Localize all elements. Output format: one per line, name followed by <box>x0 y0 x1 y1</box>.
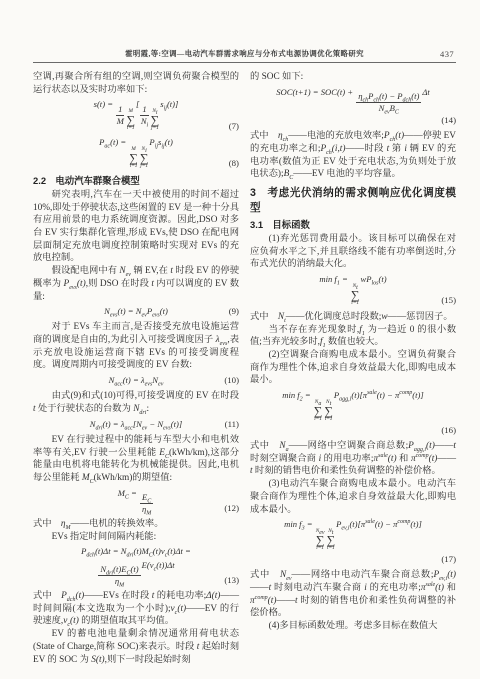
paragraph: 式中 ηM——电机的转换效率。 <box>33 518 239 531</box>
summation-icon: Ni∑j=1 <box>151 109 160 132</box>
inline-math: Pagg,i(t) <box>408 441 435 451</box>
inline-math: i <box>404 144 407 154</box>
inline-math: t <box>197 642 200 652</box>
formula: Pac(t) = M∑i=1Ni∑j=1Pijsij(t)(8) <box>33 136 239 171</box>
header-divider <box>33 62 456 63</box>
paragraph: 由式(9)和式(10)可得,可接受调度的 EV 在时段 t 处于行驶状态的台数为… <box>33 390 239 415</box>
inline-math: t <box>152 591 155 601</box>
inline-math: Pdch(t) <box>61 591 84 601</box>
paragraph: 式中 Nev——网络中电动汽车聚合商总数;Pev,i(t)——t 时刻电动汽车聚… <box>250 569 456 620</box>
running-head: 霍明霞,等:空调—电动汽车群需求响应与分布式电源协调优化策略研究 437 <box>33 49 456 59</box>
summation-icon: Ni∑j=1 <box>140 147 149 170</box>
inline-math: t <box>295 596 298 606</box>
formula-body: Nacc(t) = λevsNev <box>109 375 164 386</box>
summation-icon: M∑i=1 <box>126 109 135 132</box>
formula: min f2 = Na∑i=1Nt∑t=1Pagg,i(t)[πsale(t) … <box>250 389 456 437</box>
summation-icon: Nt∑t=1 <box>327 529 336 552</box>
inline-math: t <box>151 279 154 289</box>
formula-body: min f1 = Nt∑t=1wPlos(t) <box>319 274 386 307</box>
inline-math: t <box>250 466 253 476</box>
paragraph: 假设配电网中有 Nev 辆 EV,在 t 时段 EV 的停驶概率为 Pevs(t… <box>33 265 239 303</box>
formula: SOC(t+1) = SOC(t) + ηchPch(t) − Pdch(t)N… <box>250 86 456 128</box>
summation-icon: Na∑i=1 <box>314 400 323 423</box>
inline-math: t <box>33 404 36 414</box>
formula-line: Pac(t) = M∑i=1Ni∑j=1Pijsij(t)(8) <box>33 136 239 171</box>
inline-math: Nt <box>278 312 286 322</box>
inline-math: f1 <box>320 337 326 347</box>
paragraph: 研究表明,汽车在一天中被使用的时间不超过 10%,即处于停驶状态,这些闲置的 E… <box>33 189 239 265</box>
inline-math: t <box>170 266 173 276</box>
fraction: 1Ni <box>140 105 148 126</box>
inline-math: Pch(t) <box>384 131 404 141</box>
equation-number: (16) <box>441 425 456 436</box>
paragraph: EV 在行驶过程中的能耗与车型大小和电机效率等有关,EV 行驶一公里耗能 EC(… <box>33 434 239 485</box>
formula-line: Ndri(t) = λacc[Nev − Nevs(t)](11) <box>33 418 239 431</box>
column-left: 空调,再聚合所有组的空调,则空调负荷聚合模型的运行状态以及实时功率如下:s(t)… <box>33 71 239 666</box>
equation-number: (10) <box>224 375 239 386</box>
equation-number: (14) <box>441 115 456 126</box>
formula-line: Pdch(t)Δt = Ndri(t)MC(t)vc(t)Δt = <box>33 545 239 558</box>
equation-number: (9) <box>229 306 239 317</box>
inline-math: Pev,i(t) <box>433 570 456 580</box>
formula-line: (17) <box>250 553 456 566</box>
paragraph: 对于 EVs 车主而言,是否接受充放电设施运营商的调度是自由的,为此引入可接受调… <box>33 321 239 372</box>
paragraph: (3)电动汽车聚合商购电成本最小。电动汽车聚合商作为理性个体,追求自身效益最大化… <box>250 478 456 516</box>
formula-line: (16) <box>250 424 456 437</box>
running-title: 霍明霞,等:空调—电动汽车群需求响应与分布式电源协调优化策略研究 <box>125 49 364 58</box>
inline-math: S(t) <box>91 655 104 665</box>
inline-math: πcomp(t) <box>411 454 437 464</box>
inline-math: t <box>269 583 272 593</box>
inline-math: ηch <box>278 131 288 141</box>
formula: min f3 = Nev∑i=1Nt∑t=1Pev,i(t)[πsale(t) … <box>250 518 456 566</box>
equation-number: (7) <box>229 121 239 132</box>
formula: min f1 = Nt∑t=1wPlos(t)(15) <box>250 273 456 308</box>
formula-body: min f3 = Nev∑i=1Nt∑t=1Pev,i(t)[πsale(t) … <box>284 519 422 552</box>
formula-line: min f2 = Na∑i=1Nt∑t=1Pagg,i(t)[πsale(t) … <box>250 389 456 424</box>
inline-math: ηM <box>61 519 71 529</box>
paragraph: (4)多目标函数处理。考虑多目标在数值大 <box>250 620 456 633</box>
summation-icon: Nt∑t=1 <box>324 400 333 423</box>
paragraph: 的 SOC 如下: <box>250 71 456 84</box>
equation-number: (13) <box>224 575 239 586</box>
inline-math: Nev <box>119 266 131 276</box>
column-right: 的 SOC 如下:SOC(t+1) = SOC(t) + ηchPch(t) −… <box>250 71 456 666</box>
equation-number: (11) <box>225 419 239 430</box>
formula-line: Ndri(t)EC(t)ηME(vc(t))Δt(13) <box>33 559 239 587</box>
formula: MC = ECηM(12) <box>33 487 239 515</box>
formula-body: min f2 = Na∑i=1Nt∑t=1Pagg,i(t)[πsale(t) … <box>282 390 424 423</box>
inline-math: Pch(i,t) <box>320 144 345 154</box>
inline-math: πsale(t) <box>373 454 396 464</box>
paragraph: 空调,再聚合所有组的空调,则空调负荷聚合模型的运行状态以及实时功率如下: <box>33 71 239 96</box>
formula-line: SOC(t+1) = SOC(t) + ηchPch(t) − Pdch(t)N… <box>250 86 456 114</box>
formula-body: s(t) = 1MM∑i=1[1NiNi∑j=1sij(t)] <box>94 99 179 132</box>
paragraph: EV 的蓄电池电量剩余情况通常用荷电状态(State of Charge,简称 … <box>33 628 239 666</box>
formula-body: MC = ECηM <box>118 488 155 514</box>
formula-body: SOC(t+1) = SOC(t) + ηchPch(t) − Pdch(t)N… <box>276 87 430 113</box>
fraction: 1M <box>116 105 124 126</box>
summation-icon: M∑i=1 <box>129 147 138 170</box>
paragraph: 式中 Na——网络中空调聚合商总数;Pagg,i(t)——t 时刻空调聚合商 i… <box>250 440 456 478</box>
inline-math: MC <box>82 473 94 483</box>
summation-icon: Nt∑t=1 <box>351 284 360 307</box>
inline-math: f1 <box>359 325 365 335</box>
equation-number: (8) <box>229 158 239 169</box>
inline-math: Na <box>279 441 288 451</box>
subsection-heading: 3.1 目标函数 <box>250 218 456 231</box>
formula-body: Ndri(t) = λacc[Nev − Nevs(t)] <box>90 419 182 430</box>
formula: Ndri(t) = λacc[Nev − Nevs(t)](11) <box>33 418 239 431</box>
inline-math: i <box>364 583 367 593</box>
paragraph: 式中 Pdch(t)——EVs 在时段 t 的耗电功率;Δ(t)——时间间隔(本… <box>33 590 239 628</box>
paragraph: 式中 Nt——优化调度总时段数;w——惩罚因子。 <box>250 311 456 324</box>
formula: s(t) = 1MM∑i=1[1NiNi∑j=1sij(t)](7) <box>33 98 239 133</box>
formula-line: min f3 = Nev∑i=1Nt∑t=1Pev,i(t)[πsale(t) … <box>250 518 456 553</box>
formula-line: (14) <box>250 114 456 127</box>
fraction: Ndri(t)EC(t)ηM <box>98 565 140 586</box>
fraction: ηchPch(t) − Pdch(t)NevBC <box>356 92 421 113</box>
formula-body: Ndri(t)EC(t)ηME(vc(t))Δt <box>97 560 174 586</box>
formula-line: min f1 = Nt∑t=1wPlos(t)(15) <box>250 273 456 308</box>
inline-math: πcomp(t) <box>250 596 276 606</box>
formula: Nacc(t) = λevsNev(10) <box>33 374 239 387</box>
paragraph: EVs 指定时间间隔内耗能: <box>33 531 239 544</box>
subsection-heading: 2.2 电动汽车群聚合模型 <box>33 174 239 187</box>
page-number: 437 <box>440 49 454 59</box>
formula-line: Nevs(t) = NevPevs(t)(9) <box>33 305 239 318</box>
inline-math: t <box>453 441 456 451</box>
paragraph: 式中 ηch——电池的充放电效率;Pch(t)——停驶 EV 的充电功率之和;P… <box>250 130 456 181</box>
paper-page: 霍明霞,等:空调—电动汽车群需求响应与分布式电源协调优化策略研究 437 空调,… <box>0 0 480 679</box>
inline-math: BC <box>284 169 294 179</box>
section-heading: 3 考虑光伏消纳的需求侧响应优化调度模型 <box>250 186 456 215</box>
inline-math: EC <box>159 448 169 458</box>
inline-math: Pevs(t) <box>64 279 86 289</box>
inline-math: w <box>381 312 387 322</box>
paragraph: (1)弃光惩罚费用最小。该目标可以确保在对应负荷水平之下,并且联络线不能有功率倒… <box>250 233 456 271</box>
inline-math: Δ(t) <box>206 591 220 601</box>
inline-math: Ndri <box>133 404 146 414</box>
formula-line: s(t) = 1MM∑i=1[1NiNi∑j=1sij(t)](7) <box>33 98 239 133</box>
formula-line: MC = ECηM(12) <box>33 487 239 515</box>
fraction: ECηM <box>140 493 153 514</box>
summation-icon: Nev∑i=1 <box>316 529 325 552</box>
formula: Pdch(t)Δt = Ndri(t)MC(t)vc(t)Δt =Ndri(t)… <box>33 545 239 587</box>
equation-number: (12) <box>224 503 239 514</box>
inline-math: Nev <box>280 570 292 580</box>
paragraph: (2)空调聚合商购电成本最小。空调负荷聚合商作为理性个体,追求自身效益最大化,即… <box>250 349 456 387</box>
formula-body: Pdch(t)Δt = Ndri(t)MC(t)vc(t)Δt = <box>81 546 191 557</box>
formula-body: Pac(t) = M∑i=1Ni∑j=1Pijsij(t) <box>99 137 173 170</box>
equation-number: (17) <box>441 554 456 565</box>
formula-body: Nevs(t) = NevPevs(t) <box>104 306 168 317</box>
paragraph: 当不存在弃光现象时,f1 为一趋近 0 的很小数值;当弃光较多时,f1 数值也较… <box>250 324 456 349</box>
two-column-body: 空调,再聚合所有组的空调,则空调负荷聚合模型的运行状态以及实时功率如下:s(t)… <box>33 71 456 666</box>
inline-math: t <box>387 144 390 154</box>
inline-math: vc(t) <box>171 604 187 614</box>
inline-math: πsale(t) <box>421 583 444 593</box>
formula-line: Nacc(t) = λevsNev(10) <box>33 374 239 387</box>
formula: Nevs(t) = NevPevs(t)(9) <box>33 305 239 318</box>
inline-math: i <box>319 454 322 464</box>
equation-number: (15) <box>441 295 456 306</box>
inline-math: vc(t) <box>63 616 79 626</box>
inline-math: λevs <box>216 335 228 345</box>
